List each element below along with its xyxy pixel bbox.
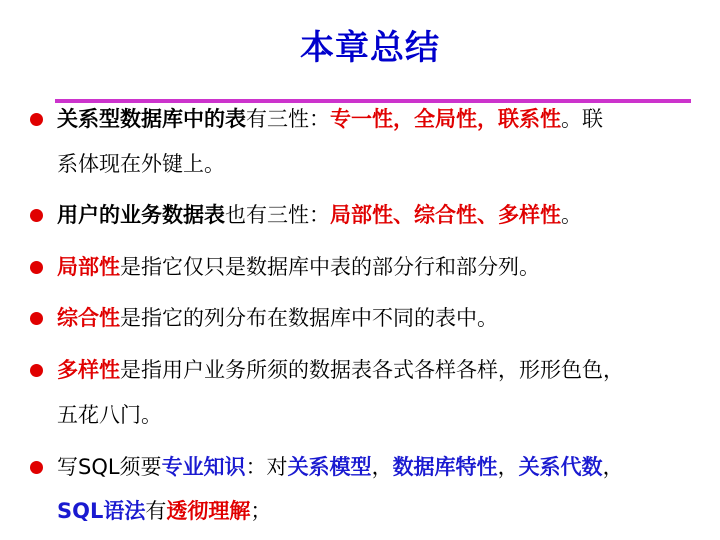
emphasis-blue-text: 关系代数 bbox=[519, 455, 603, 479]
bullet-dot-icon bbox=[30, 113, 43, 126]
emphasis-blue-text: 数据库特性 bbox=[393, 455, 498, 479]
emphasis-blue-text: 专业知识 bbox=[162, 455, 246, 479]
bullet-text: 关系型数据库中的表有三性：专一性，全局性，联系性。联 bbox=[57, 106, 603, 132]
bullet-continuation: 五花八门。 bbox=[57, 402, 162, 428]
bullet-continuation: SQL语法有透彻理解； bbox=[57, 498, 271, 524]
emphasis-red-text: 局部性、综合性、多样性 bbox=[330, 203, 561, 227]
body-text: 写SQL须要 bbox=[57, 455, 162, 479]
bullet-dot-icon bbox=[30, 209, 43, 222]
emphasis-red-text: 透彻理解 bbox=[166, 499, 250, 523]
body-text: 也有三性： bbox=[225, 203, 330, 227]
emphasis-text: 用户的业务数据表 bbox=[57, 203, 225, 227]
body-text: 有 bbox=[145, 499, 166, 523]
bullet-text: 综合性是指它的列分布在数据库中不同的表中。 bbox=[57, 305, 498, 331]
emphasis-red-text: 综合性 bbox=[57, 306, 120, 330]
body-text: 是指它的列分布在数据库中不同的表中。 bbox=[120, 306, 498, 330]
bullet-dot-icon bbox=[30, 312, 43, 325]
bullet-continuation: 系体现在外键上。 bbox=[57, 151, 225, 177]
emphasis-red-text: 专一性，全局性，联系性 bbox=[330, 107, 561, 131]
body-text: 有三性： bbox=[246, 107, 330, 131]
body-text: 是指用户业务所须的数据表各式各样各样，形形色色， bbox=[120, 358, 624, 382]
bullet-text: 局部性是指它仅只是数据库中表的部分行和部分列。 bbox=[57, 254, 540, 280]
emphasis-red-text: 多样性 bbox=[57, 358, 120, 382]
slide-title: 本章总结 bbox=[0, 26, 720, 70]
body-text: 。 bbox=[561, 203, 582, 227]
emphasis-blue-text: 关系模型 bbox=[288, 455, 372, 479]
bullet-text: 多样性是指用户业务所须的数据表各式各样各样，形形色色， bbox=[57, 357, 624, 383]
bullet-text: 用户的业务数据表也有三性：局部性、综合性、多样性。 bbox=[57, 202, 582, 228]
title-divider bbox=[55, 99, 691, 103]
body-text: 是指它仅只是数据库中表的部分行和部分列。 bbox=[120, 255, 540, 279]
body-text: 。联 bbox=[561, 107, 603, 131]
bullet-dot-icon bbox=[30, 261, 43, 274]
bullet-dot-icon bbox=[30, 461, 43, 474]
body-text: ， bbox=[603, 455, 624, 479]
bullet-dot-icon bbox=[30, 364, 43, 377]
emphasis-red-text: 局部性 bbox=[57, 255, 120, 279]
body-text: ， bbox=[372, 455, 393, 479]
body-text: ， bbox=[498, 455, 519, 479]
body-text: 五花八门。 bbox=[57, 403, 162, 427]
emphasis-text: 关系型数据库中的表 bbox=[57, 107, 246, 131]
body-text: ； bbox=[250, 499, 271, 523]
body-text: ：对 bbox=[246, 455, 288, 479]
emphasis-blue-text: SQL语法 bbox=[57, 499, 145, 523]
bullet-text: 写SQL须要专业知识：对关系模型，数据库特性，关系代数， bbox=[57, 454, 624, 480]
body-text: 系体现在外键上。 bbox=[57, 152, 225, 176]
